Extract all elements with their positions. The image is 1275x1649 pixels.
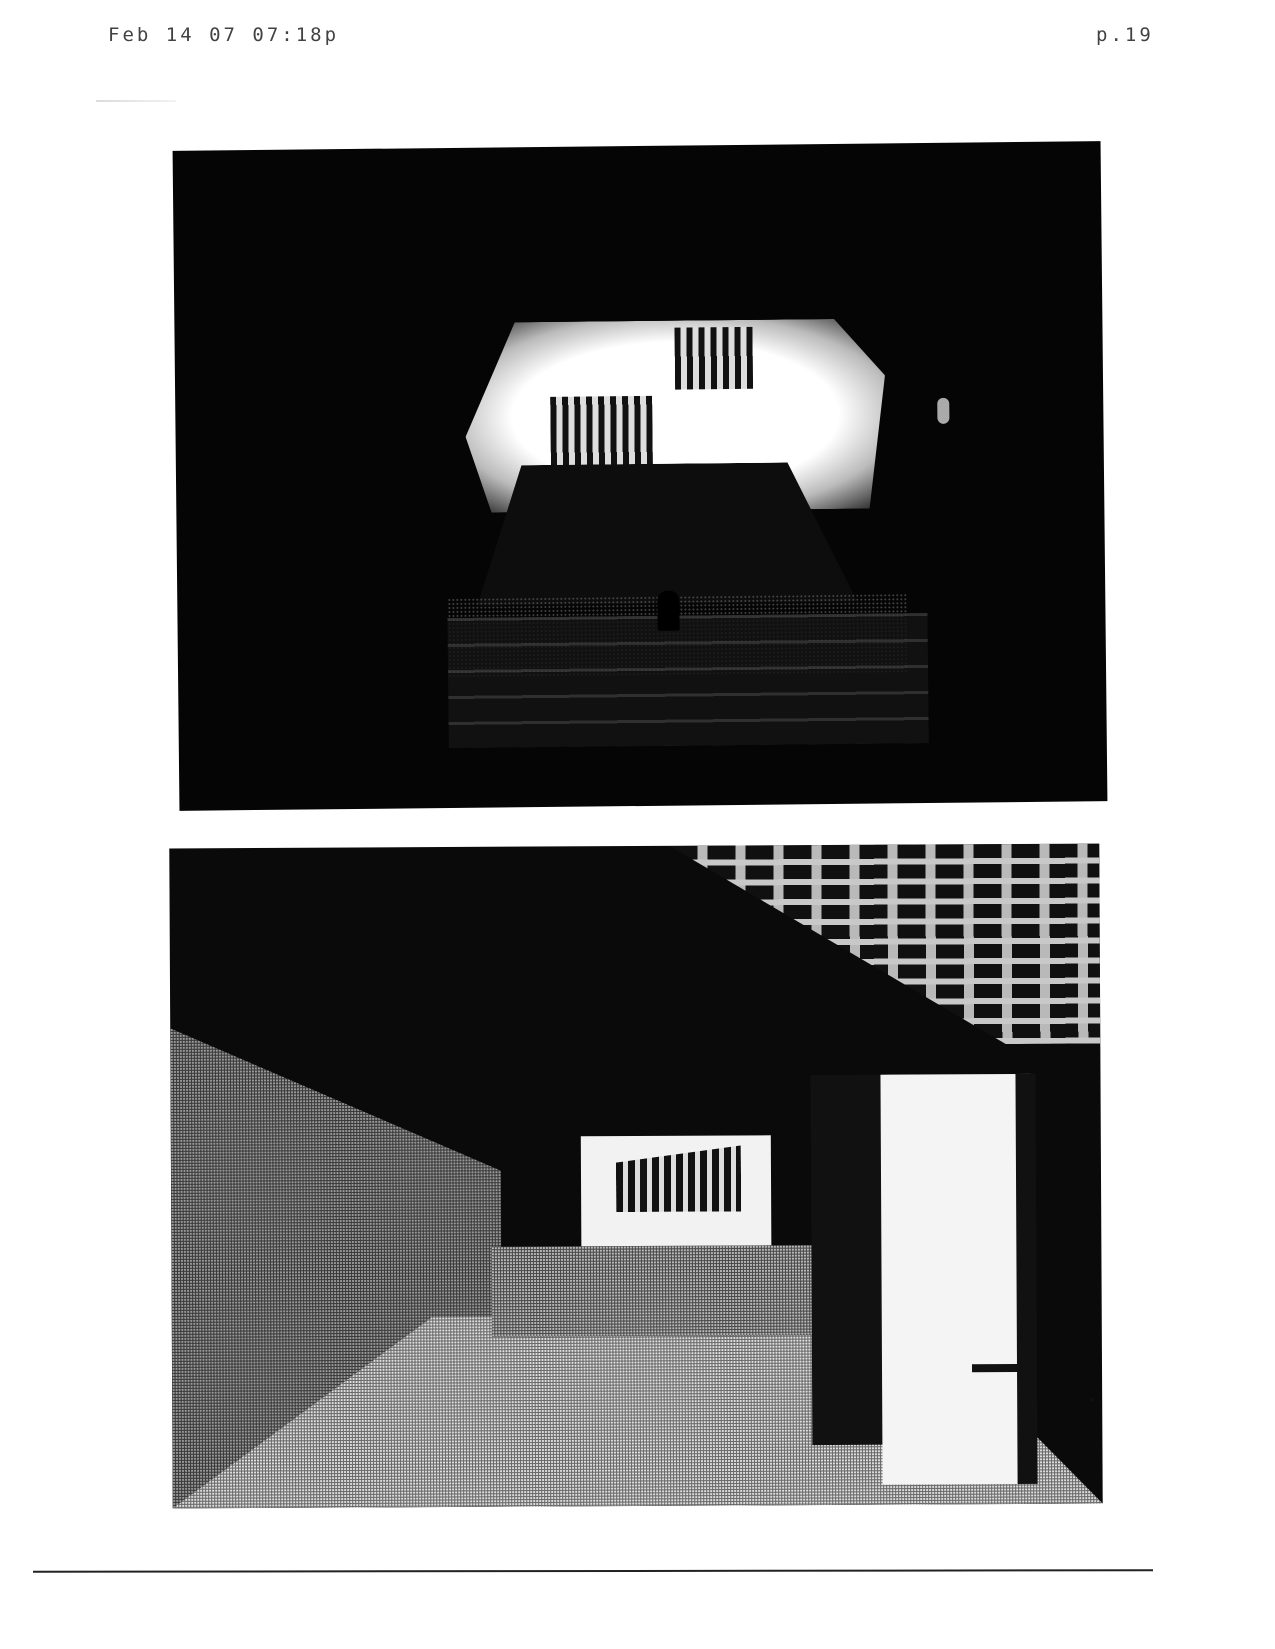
window-blinds-lower — [550, 396, 653, 469]
fax-header-timestamp: Feb 14 07 07:18p — [108, 24, 339, 46]
ceiling-grille — [669, 844, 1100, 1046]
footer-rule — [33, 1569, 1153, 1573]
bench-rows — [447, 613, 928, 748]
window-blinds-upper — [674, 327, 753, 390]
scan-speck — [1090, 1398, 1093, 1401]
seated-figure-silhouette — [657, 591, 679, 631]
wall-fixture — [937, 398, 949, 424]
door-handle-bar — [972, 1364, 1032, 1372]
doorway — [880, 1074, 1032, 1485]
door-frame — [1015, 1074, 1037, 1484]
bottom-photo — [169, 844, 1102, 1509]
scan-smudge — [96, 100, 176, 102]
top-photo — [173, 141, 1108, 811]
page-number: p.19 — [1096, 24, 1154, 46]
